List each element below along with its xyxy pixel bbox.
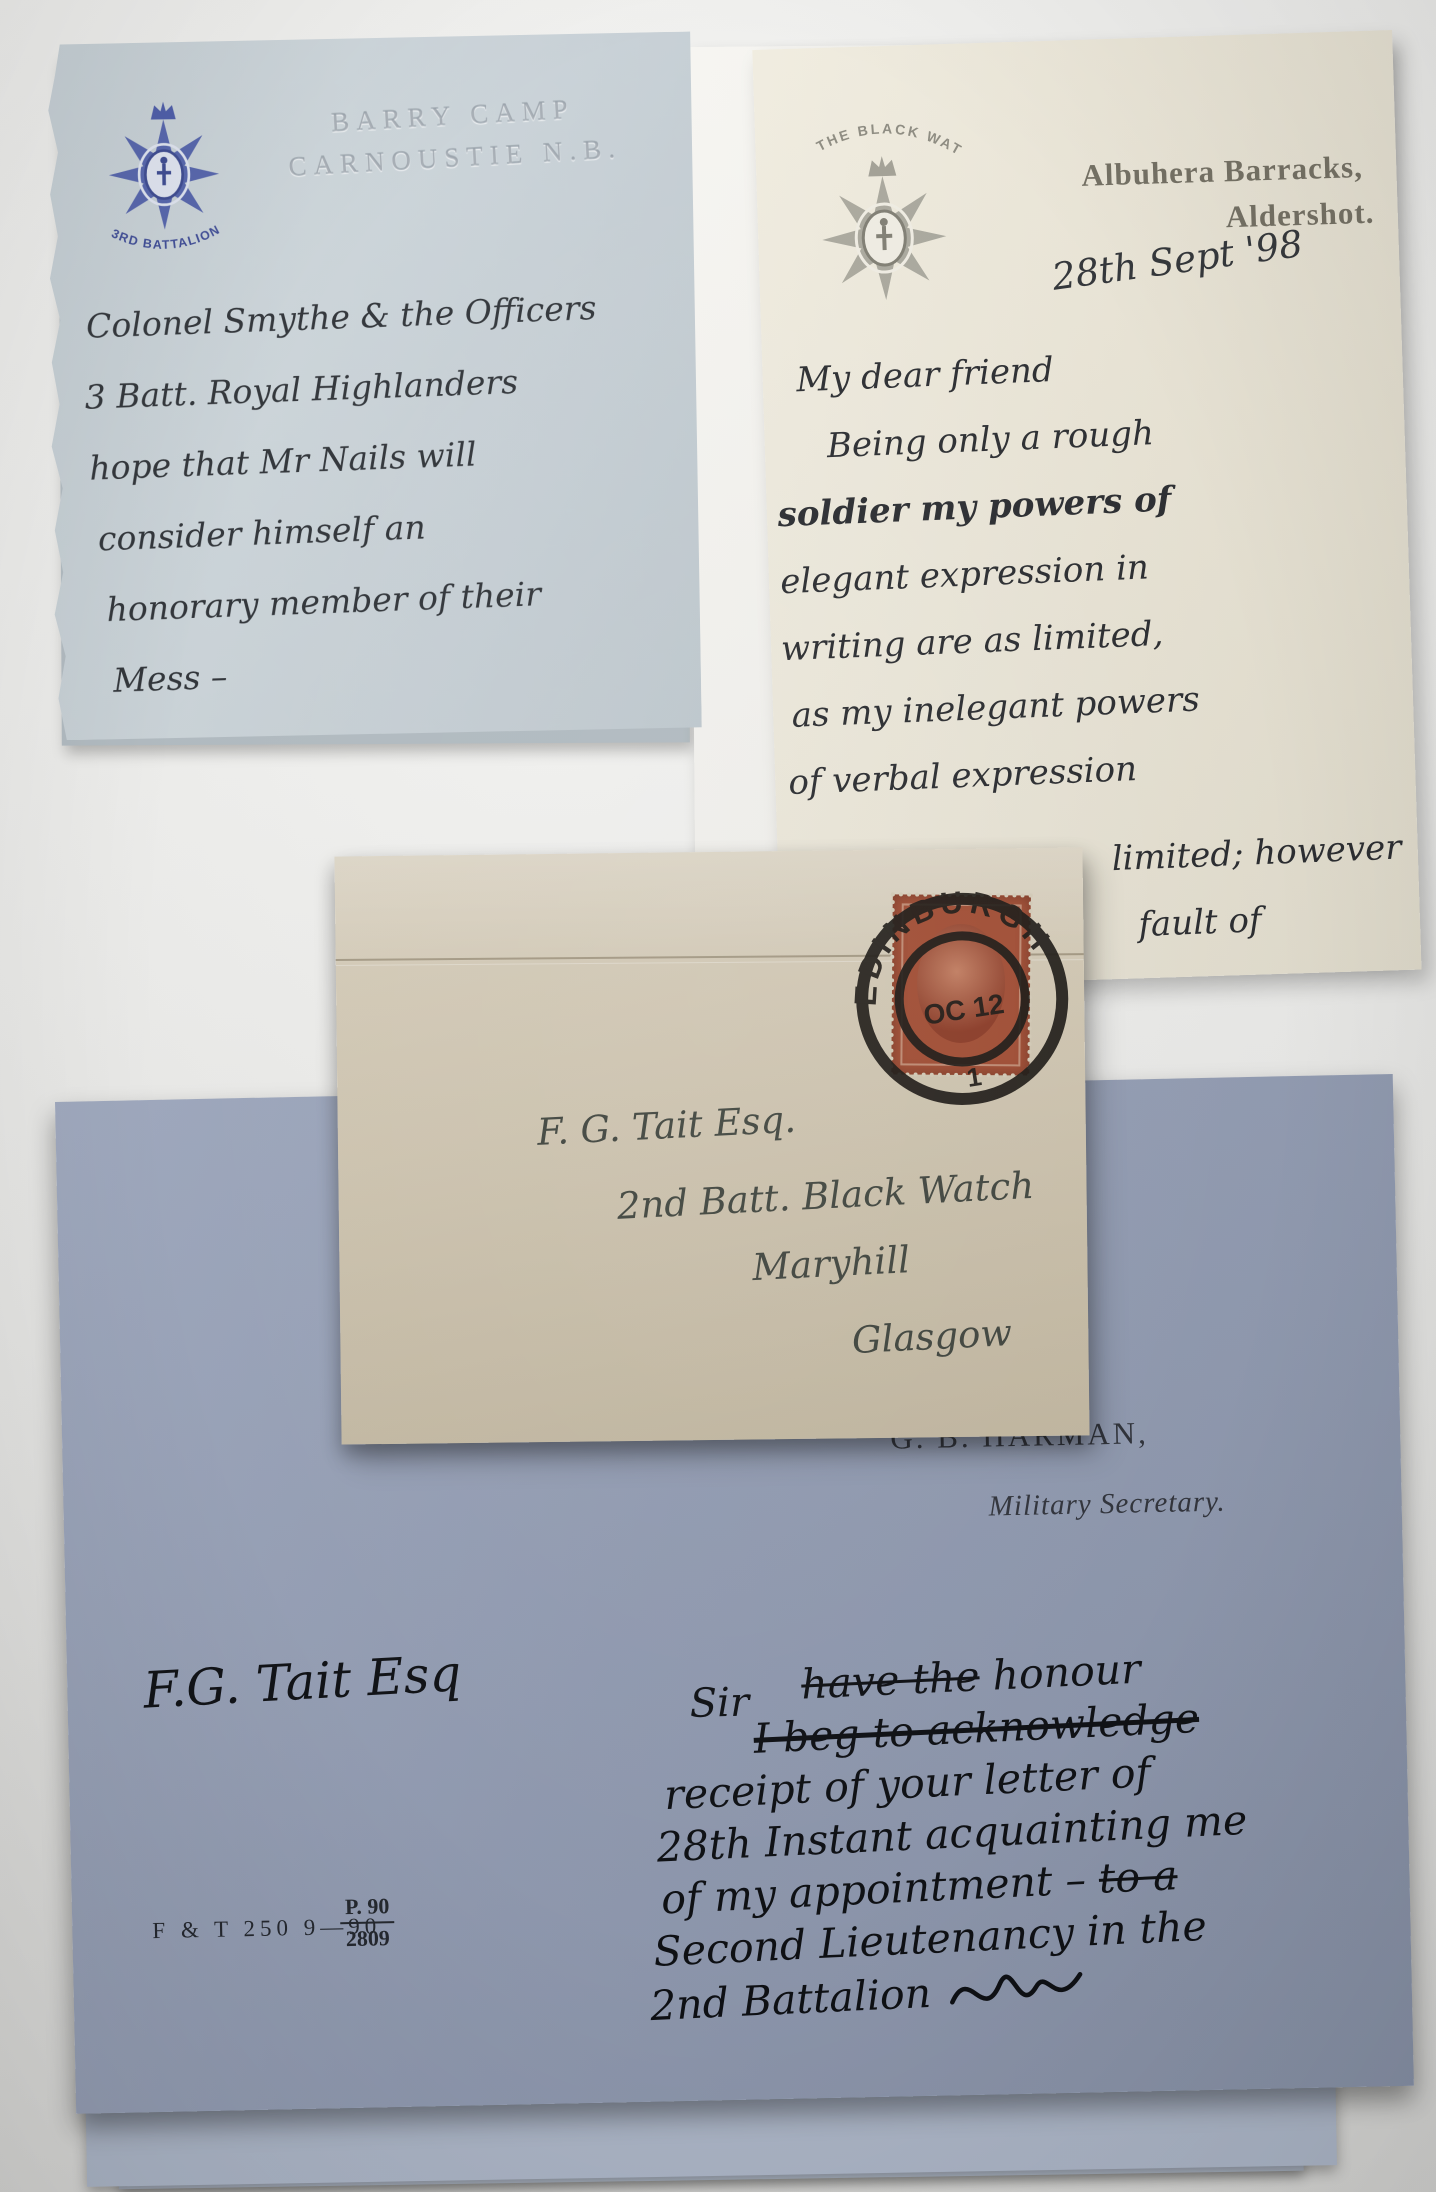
address-line: 2nd Batt. Black Watch (616, 1164, 1035, 1228)
struck-text: to a (1098, 1851, 1179, 1903)
handwritten-addressee: F.G. Tait Esq (142, 1644, 463, 1720)
address-line: Glasgow (851, 1311, 1013, 1362)
handwritten-date: 28th Sept '98 (1049, 222, 1305, 299)
handwritten-text: 2nd Battalion (649, 1969, 932, 2030)
black-watch-badge-grey-icon: THE BLACK WATCH (782, 99, 983, 310)
printed-secretary-title: Military Secretary. (988, 1486, 1226, 1524)
form-code-numerator: P. 90 (340, 1893, 395, 1924)
envelope: EDINBURGH OC 12 1 F. G. Tait Esq. 2nd Ba… (334, 847, 1089, 1444)
signature-flourish-icon (940, 1957, 1093, 2028)
printed-form-code: P. 90 2809 (340, 1893, 396, 1952)
black-watch-badge-blue-icon: 3RD BATTALION (83, 88, 246, 280)
embossed-letterhead: BARRY CAMP CARNOUSTIE N.B. (225, 82, 684, 191)
printed-address-line: Albuhera Barracks, (1081, 149, 1363, 194)
blue-document-handwriting: have the honour I beg to acknowledge rec… (632, 1629, 1436, 2042)
left-letter-handwriting: Colonel Smythe & the Officers 3 Batt. Ro… (73, 269, 700, 717)
photograph-of-letters: 3RD BATTALION BARRY CAMP CARNOUSTIE N.B.… (0, 0, 1436, 2192)
envelope-address: F. G. Tait Esq. 2nd Batt. Black Watch Ma… (324, 833, 1101, 1458)
struck-text: have the (800, 1652, 981, 1708)
badge-arc-label: 3RD BATTALION (109, 222, 223, 252)
svg-text:3RD BATTALION: 3RD BATTALION (109, 222, 223, 252)
address-line: F. G. Tait Esq. (536, 1098, 797, 1154)
address-line: Maryhill (751, 1238, 911, 1289)
kept-text: honour (991, 1645, 1141, 1700)
form-code-denominator: 2809 (340, 1923, 395, 1952)
crest-arc-label: THE BLACK WATCH (782, 99, 966, 164)
svg-text:THE BLACK WATCH: THE BLACK WATCH (782, 99, 966, 164)
left-letter: 3RD BATTALION BARRY CAMP CARNOUSTIE N.B.… (40, 31, 702, 740)
